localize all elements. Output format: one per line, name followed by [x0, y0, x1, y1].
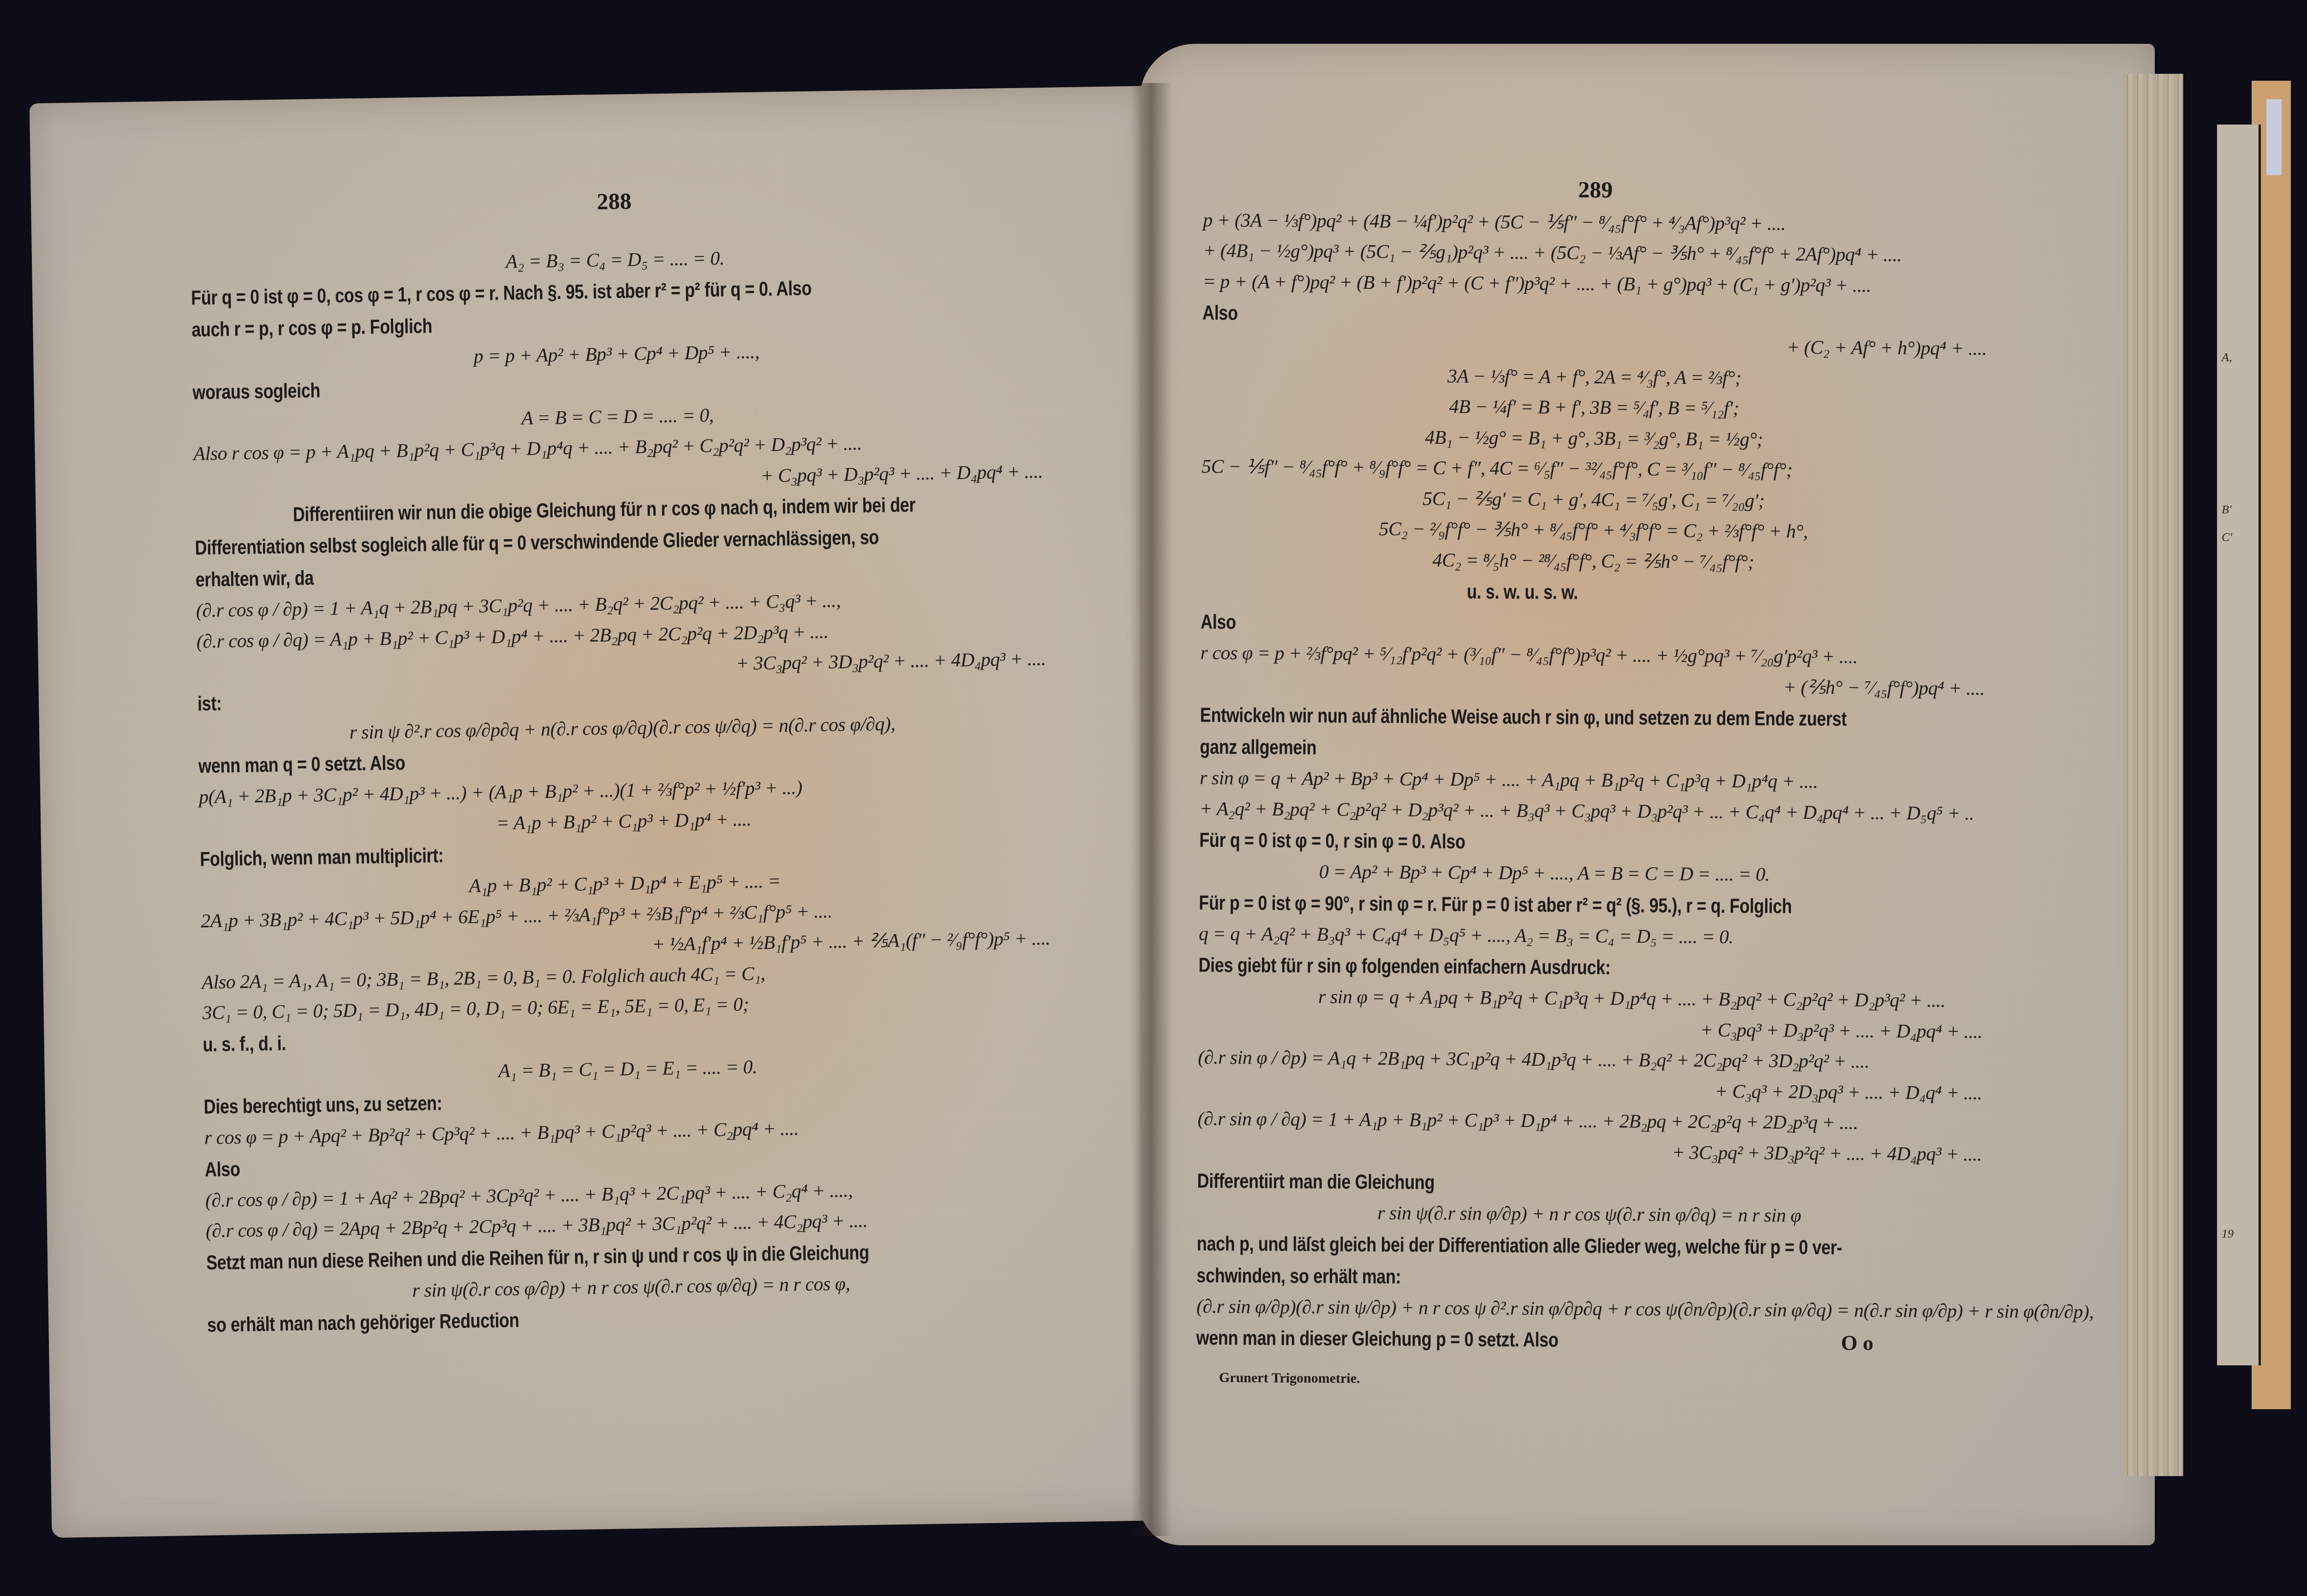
equation-line: + ½A₁f′p⁴ + ½B₁f′p⁵ + .... + ⅖A₁(f″ − ²⁄…: [201, 927, 1051, 964]
left-page-text: 288 A₂ = B₃ = C₄ = D₅ = .... = 0.Für q =…: [190, 180, 1057, 1345]
gathering-signature-mark: O o: [1841, 1331, 1873, 1355]
text-line: Für p = 0 ist φ = 90°, r sin φ = r. Für …: [1199, 890, 1842, 919]
text-line: ganz allgemein: [1200, 734, 1843, 764]
equation-line: + C₃q³ + 2D₃pq³ + .... + D₄q⁴ + ....: [1198, 1076, 1982, 1105]
equation-line: (∂.r sin φ / ∂q) = 1 + A₁p + B₁p² + C₁p³…: [1197, 1107, 1982, 1136]
equation-line: q = q + A₂q² + B₃q³ + C₄q⁴ + D₅q⁵ + ....…: [1199, 922, 1983, 951]
equation-line: 5C − ⅕f″ − ⁸⁄₄₅f°f° + ⁸⁄₉f°f° = C + f″, …: [1201, 455, 1986, 484]
equation-line: r sin ψ ∂².r cos φ/∂p∂q + n(∂.r cos φ/∂q…: [198, 709, 1047, 747]
text-line: Differentiation selbst sogleich alle für…: [195, 524, 891, 561]
equation-line: r sin ψ(∂.r sin φ/∂p) + n r cos ψ(∂.r si…: [1197, 1200, 1981, 1229]
equation-line: (∂.r sin φ/∂p)(∂.r sin ψ/∂p) + n r cos ψ…: [1196, 1294, 1981, 1323]
bookmark-tab: [2266, 99, 2282, 175]
equation-line: r sin ψ(∂.r cos φ/∂p) + n r cos ψ(∂.r co…: [207, 1268, 1056, 1306]
equation-line: + A₂q² + B₂pq² + C₂p²q² + D₂p³q² + ... +…: [1199, 797, 1984, 826]
text-line: u. s. f., d. i.: [203, 1021, 899, 1057]
text-line: Dies berechtigt uns, zu setzen:: [203, 1084, 900, 1120]
open-book: A, B′ C′ 19 288 A₂ = B₃ = C₄ = D₅ = ....…: [0, 0, 2307, 1596]
text-line: Für q = 0 ist φ = 0, cos φ = 1, r cos φ …: [191, 274, 887, 311]
equation-line: (∂.r cos φ / ∂p) = 1 + Aq² + 2Bpq² + 3Cp…: [205, 1175, 1054, 1213]
text-line: ist:: [197, 680, 893, 716]
text-line: Setzt man nun diese Reihen und die Reihe…: [206, 1239, 902, 1275]
equation-line: Also 2A₁ = A₁, A₁ = 0; 3B₁ = B₁, 2B₁ = 0…: [202, 957, 1051, 995]
equation-line: p + (3A − ⅓f°)pq² + (4B − ¼f′)p²q² + (5C…: [1203, 208, 1987, 237]
text-line: so erhält man nach gehöriger Reduction: [207, 1302, 903, 1338]
right-page-lines: p + (3A − ⅓f°)pq² + (4B − ¼f′)p²q² + (5C…: [1196, 208, 1987, 1355]
equation-line: + 3C₃pq² + 3D₃p²q² + .... + 4D₄pq³ + ...…: [197, 647, 1046, 685]
equation-line: r cos φ = p + ⅔f°pq² + ⁵⁄₁₂f′p²q² + (³⁄₁…: [1201, 641, 1985, 670]
equation-line: Also r cos φ = p + A₁pq + B₁p²q + C₁p³q …: [193, 429, 1043, 466]
equation-line: (∂.r sin φ / ∂p) = A₁q + 2B₁pq + 3C₁p²q …: [1198, 1046, 1982, 1075]
text-line: auch r = p, r cos φ = p. Folglich: [191, 306, 888, 343]
text-line: Entwickeln wir nun auf ähnliche Weise au…: [1200, 703, 1843, 732]
text-line: woraus sogleich: [192, 369, 889, 405]
text-line: Dies giebt für r sin φ folgenden einfach…: [1198, 953, 1841, 982]
equation-line: A₂ = B₃ = C₄ = D₅ = .... = 0.: [191, 241, 1040, 279]
equation-line: 0 = Ap² + Bp³ + Cp⁴ + Dp⁵ + ...., A = B …: [1199, 859, 1984, 888]
equation-line: r sin φ = q + Ap² + Bp³ + Cp⁴ + Dp⁵ + ..…: [1200, 766, 1984, 795]
plate-label: C′: [2222, 530, 2232, 544]
text-line: Also: [204, 1146, 901, 1182]
equation-line: 2A₁p + 3B₁p² + 4C₁p³ + 5D₁p⁴ + 6E₁p⁵ + .…: [201, 896, 1050, 933]
equation-line: + 3C₃pq² + 3D₃p²q² + .... + 4D₄pq³ + ...…: [1197, 1137, 1982, 1167]
equation-line: p = p + Ap² + Bp³ + Cp⁴ + Dp⁵ + ....,: [192, 336, 1041, 373]
equation-line: (∂.r cos φ / ∂q) = A₁p + B₁p² + C₁p³ + D…: [196, 616, 1046, 654]
plate-label: 19: [2222, 1227, 2234, 1241]
text-line: Für q = 0 ist φ = 0, r sin φ = 0. Also: [1199, 828, 1842, 857]
text-line: wenn man in dieser Gleichung p = 0 setzt…: [1196, 1325, 1839, 1355]
equation-line: r sin φ = q + A₁pq + B₁p²q + C₁p³q + D₁p…: [1198, 984, 1983, 1013]
left-page-lines: A₂ = B₃ = C₄ = D₅ = .... = 0.Für q = 0 i…: [191, 241, 1057, 1338]
equation-line: + (4B₁ − ½g°)pq³ + (5C₁ − ⅖g₁)p²q³ + ...…: [1203, 239, 1987, 268]
equation-line: (∂.r cos φ / ∂p) = 1 + A₁q + 2B₁pq + 3C₁…: [196, 586, 1045, 623]
equation-line: + C₃pq³ + D₃p²q³ + .... + D₄pq⁴ + ....: [194, 459, 1043, 497]
equation-line: r cos φ = p + Apq² + Bp²q² + Cp³q² + ...…: [204, 1113, 1053, 1150]
foldout-plate-fragment: A, B′ C′ 19: [2217, 125, 2261, 1365]
equation-line: A₁ = B₁ = C₁ = D₁ = E₁ = .... = 0.: [203, 1050, 1052, 1088]
equation-line: + (C₂ + Af° + h°)pq⁴ + ....: [1202, 332, 1987, 361]
text-line: Differentiirt man die Gleichung: [1197, 1168, 1841, 1198]
equation-line: 5C₁ − ⅖g′ = C₁ + g′, 4C₁ = ⁷⁄₅g′, C₁ = ⁷…: [1201, 485, 1986, 514]
equation-line: A = B = C = D = .... = 0,: [193, 398, 1042, 435]
page-number: 289: [1203, 173, 1988, 207]
text-line: schwinden, so erhält man:: [1196, 1263, 1840, 1292]
equation-line: = p + (A + f°)pq² + (B + f′)p²q² + (C + …: [1202, 269, 1987, 298]
equation-line: 3A − ⅓f° = A + f°, 2A = ⁴⁄₃f°, A = ⅔f°;: [1202, 363, 1986, 392]
text-line: Differentiiren wir nun die obige Gleichu…: [194, 493, 891, 529]
equation-line: A₁p + B₁p² + C₁p³ + D₁p⁴ + E₁p⁵ + .... =: [200, 865, 1050, 903]
book-gutter: [1130, 83, 1172, 1536]
plate-label: B′: [2222, 503, 2232, 517]
equation-line: 4C₂ = ⁸⁄₅h° − ²⁸⁄₄₅f°f°, C₂ = ⅖h° − ⁷⁄₄₅…: [1201, 547, 1985, 576]
text-line: nach p, und läſst gleich bei der Differe…: [1197, 1231, 1840, 1260]
equation-line: = A₁p + B₁p² + C₁p³ + D₁p⁴ + ....: [199, 803, 1049, 840]
equation-line: 5C₂ − ²⁄₉f°f° − ⅗h° + ⁸⁄₄₅f°f° + ⁴⁄₃f°f°…: [1201, 516, 1985, 545]
equation-line: + (⅖h° − ⁷⁄₄₅f°f°)pq⁴ + ....: [1200, 672, 1984, 701]
text-line: Folglich, wenn man multiplicirt:: [200, 836, 896, 872]
text-line: Also: [1201, 609, 1844, 639]
text-line: u. s. w. u. s. w.: [1201, 578, 1844, 607]
text-line: wenn man q = 0 setzt. Also: [198, 743, 895, 779]
equation-line: 4B₁ − ½g° = B₁ + g°, 3B₁ = ³⁄₂g°, B₁ = ½…: [1201, 424, 1986, 453]
plate-label: A,: [2222, 351, 2232, 364]
text-line: Also: [1202, 300, 1846, 330]
page-edges: [2122, 74, 2183, 1476]
equation-line: 4B − ¼f′ = B + f′, 3B = ⁵⁄₄f′, B = ⁵⁄₁₂f…: [1202, 393, 1986, 423]
text-line: erhalten wir, da: [195, 556, 891, 593]
right-page-text: 289 p + (3A − ⅓f°)pq² + (4B − ¼f′)p²q² +…: [1196, 173, 1988, 1391]
equation-line: 3C₁ = 0, C₁ = 0; 5D₁ = D₁, 4D₁ = 0, D₁ =…: [202, 988, 1052, 1025]
equation-line: p(A₁ + 2B₁p + 3C₁p² + 4D₁p³ + ...) + (A₁…: [199, 772, 1048, 810]
equation-line: (∂.r cos φ / ∂q) = 2Apq + 2Bp²q + 2Cp³q …: [205, 1206, 1055, 1243]
equation-line: + C₃pq³ + D₃p²q³ + .... + D₄pq⁴ + ....: [1198, 1015, 1983, 1044]
